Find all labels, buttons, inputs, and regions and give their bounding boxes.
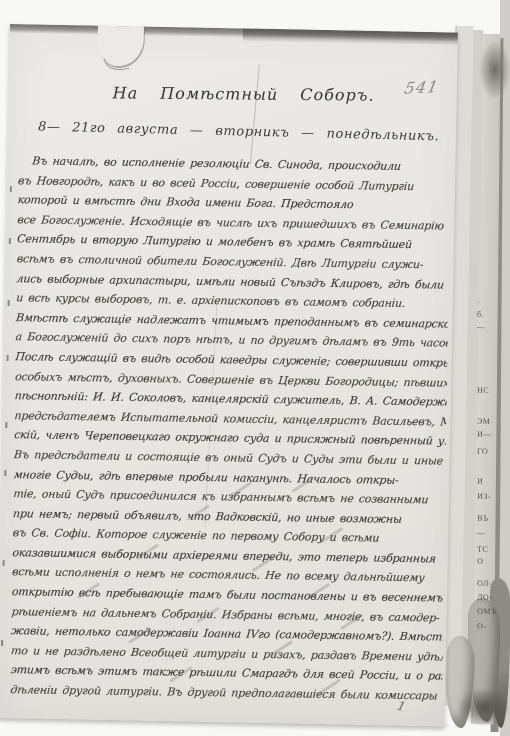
edge-text-fragment: О — [477, 557, 507, 567]
bottom-right-shadow — [458, 688, 510, 726]
edge-text-fragment: О- — [477, 622, 507, 632]
binding-mark — [4, 470, 6, 476]
binding-mark — [9, 238, 11, 244]
binding-mark — [10, 186, 12, 192]
edge-text-fragment: И — [477, 477, 507, 487]
binding-mark — [7, 355, 9, 361]
paper-tear-mark — [104, 54, 129, 73]
date-line: 8— 21го августа — вторникъ — понедѣльник… — [38, 120, 440, 145]
edge-text-fragment: ВЪ — [477, 514, 507, 524]
manuscript-page: 541 На Помѣстный Соборъ. 8— 21го августа… — [0, 24, 458, 726]
edge-text-fragment: ТС — [477, 545, 507, 555]
archival-page-number: 541 — [403, 77, 441, 98]
edge-text-fragment: · — [477, 298, 507, 308]
edge-text-fragment: ИЗ- — [477, 492, 507, 502]
edge-text-fragment: б. — [477, 310, 507, 320]
edge-text-fragment: — — [477, 323, 507, 333]
edge-text-fragment: НС — [477, 386, 507, 396]
binding-mark — [1, 640, 3, 646]
manuscript-body: Въ началѣ, во исполненіе резолюціи Св. С… — [10, 151, 450, 706]
binding-mark — [8, 300, 10, 306]
edge-text-fragment: ЭМ — [477, 417, 507, 427]
binding-mark — [3, 560, 5, 566]
edge-text-fragment: ДО- — [477, 593, 507, 603]
page-top-edge-shadow-dark — [243, 28, 458, 45]
edge-text-fragment: — — [477, 529, 507, 539]
top-right-shadow — [479, 40, 510, 100]
paper-crease — [250, 65, 260, 165]
edge-text-fragment: ОМЪ — [477, 607, 507, 617]
edge-text-fragment: ГО — [477, 447, 507, 457]
scanned-manuscript-view: ·б.—НСЭМИ—ГОИИЗ-ВЪ—ТСООЛ-ДО-ОМЪО- 541 На… — [0, 0, 510, 736]
binding-mark — [5, 422, 7, 428]
page-title: На Помѣстный Соборъ. — [113, 83, 375, 104]
edge-text-fragment: ОЛ- — [477, 579, 507, 589]
edge-text-fragment: И— — [477, 430, 507, 440]
